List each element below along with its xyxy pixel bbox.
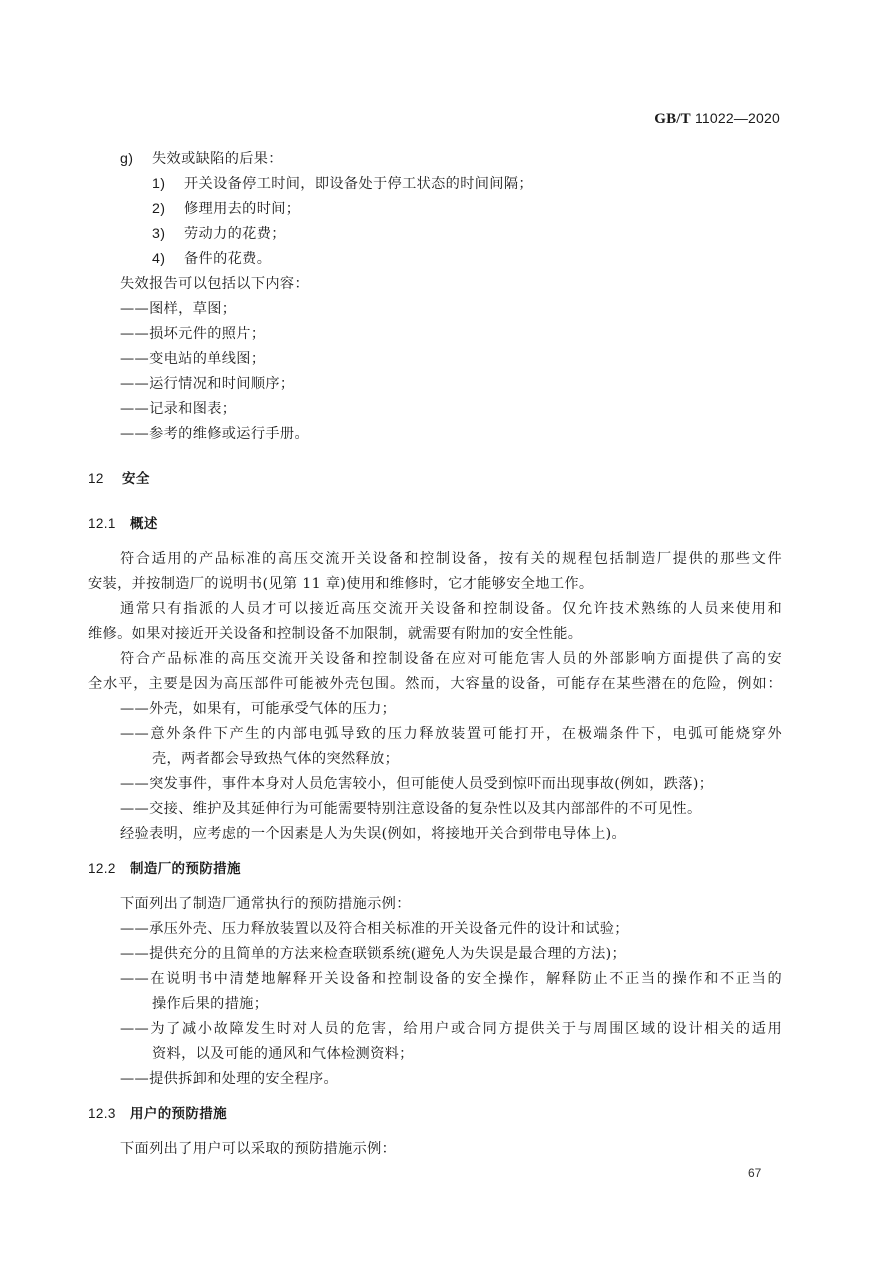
failure-report-intro: 失效报告可以包括以下内容： (120, 275, 309, 293)
measure-item: ——承压外壳、压力释放装置以及符合相关标准的开关设备元件的设计和试验； (120, 920, 629, 938)
list-marker: 3) (152, 225, 184, 243)
section-heading-12: 12安全 (88, 470, 150, 488)
page-number: 67 (748, 1166, 761, 1180)
hazard-item: ——意外条件下产生的内部电弧导致的压力释放装置可能打开，在极端条件下，电弧可能烧… (120, 725, 782, 743)
failure-report-item: ——变电站的单线图； (120, 350, 265, 368)
hazard-item-continued: 壳，两者都会导致热气体的突然释放； (152, 750, 399, 768)
failure-report-item: ——运行情况和时间顺序； (120, 375, 294, 393)
section-heading-12-2: 12.2制造厂的预防措施 (88, 860, 241, 878)
section-number: 12 (88, 470, 122, 488)
list-text: 开关设备停工时间，即设备处于停工状态的时间间隔； (184, 176, 533, 192)
text: 符合产品标准的高压交流开关设备和控制设备在应对可能危害人员的外部影响方面提供了高… (120, 650, 782, 668)
list-text: 失效或缺陷的后果： (152, 151, 283, 167)
text: ——在说明书中清楚地解释开关设备和控制设备的安全操作，解释防止不正当的操作和不正… (120, 970, 782, 988)
section-heading-12-1: 12.1概述 (88, 515, 158, 533)
measure-item: ——提供拆卸和处理的安全程序。 (120, 1070, 338, 1088)
standard-header: GB/T 11022—2020 (654, 110, 780, 128)
section-number: 12.3 (88, 1105, 130, 1123)
list-marker: 2) (152, 200, 184, 218)
failure-report-item: ——参考的维修或运行手册。 (120, 425, 309, 443)
text: 全水平，主要是因为高压部件可能被外壳包围。然而，大容量的设备，可能存在某些潜在的… (88, 675, 782, 693)
list-text: 修理用去的时间； (184, 201, 300, 217)
measure-item: ——在说明书中清楚地解释开关设备和控制设备的安全操作，解释防止不正当的操作和不正… (120, 970, 782, 988)
section-title: 安全 (122, 471, 150, 487)
standard-number: 11022—2020 (695, 110, 780, 126)
section-title: 用户的预防措施 (130, 1106, 227, 1122)
measure-item-continued: 操作后果的措施； (152, 995, 268, 1013)
standard-prefix: GB/T (654, 111, 691, 127)
paragraph-line: 全水平，主要是因为高压部件可能被外壳包围。然而，大容量的设备，可能存在某些潜在的… (88, 675, 782, 693)
paragraph-line: 符合产品标准的高压交流开关设备和控制设备在应对可能危害人员的外部影响方面提供了高… (120, 650, 782, 668)
conclusion-text: 经验表明，应考虑的一个因素是人为失误(例如，将接地开关合到带电导体上)。 (120, 825, 626, 843)
failure-report-item: ——图样，草图； (120, 300, 236, 318)
list-text: 备件的花费。 (184, 251, 271, 267)
failure-report-item: ——记录和图表； (120, 400, 236, 418)
failure-report-item: ——损坏元件的照片； (120, 325, 265, 343)
list-text: 劳动力的花费； (184, 226, 286, 242)
measure-item: ——提供充分的且简单的方法来检查联锁系统(避免人为失误是最合理的方法)； (120, 945, 626, 963)
document-page: GB/T 11022—2020 g)失效或缺陷的后果： 1)开关设备停工时间，即… (0, 0, 892, 1262)
section-intro: 下面列出了制造厂通常执行的预防措施示例： (120, 895, 411, 913)
hazard-item: ——外壳，如果有，可能承受气体的压力； (120, 700, 396, 718)
paragraph-line: 通常只有指派的人员才可以接近高压交流开关设备和控制设备。仅允许技术熟练的人员来使… (120, 600, 782, 618)
text: ——意外条件下产生的内部电弧导致的压力释放装置可能打开，在极端条件下，电弧可能烧… (120, 725, 782, 743)
list-item-2: 2)修理用去的时间； (152, 200, 300, 218)
list-item-4: 4)备件的花费。 (152, 250, 271, 268)
paragraph-line: 安装，并按制造厂的说明书(见第 11 章)使用和维修时，它才能够安全地工作。 (88, 575, 782, 593)
list-item-1: 1)开关设备停工时间，即设备处于停工状态的时间间隔； (152, 175, 533, 193)
list-marker: 1) (152, 175, 184, 193)
measure-item: ——为了减小故障发生时对人员的危害，给用户或合同方提供关于与周围区域的设计相关的… (120, 1020, 782, 1038)
section-number: 12.1 (88, 515, 130, 533)
text: 符合适用的产品标准的高压交流开关设备和控制设备，按有关的规程包括制造厂提供的那些… (120, 550, 782, 568)
measure-item-continued: 资料，以及可能的通风和气体检测资料； (152, 1045, 414, 1063)
list-item-g: g)失效或缺陷的后果： (120, 150, 283, 168)
section-title: 制造厂的预防措施 (130, 861, 241, 877)
text: ——为了减小故障发生时对人员的危害，给用户或合同方提供关于与周围区域的设计相关的… (120, 1020, 782, 1038)
section-intro: 下面列出了用户可以采取的预防措施示例： (120, 1140, 396, 1158)
section-title: 概述 (130, 516, 158, 532)
section-number: 12.2 (88, 860, 130, 878)
list-item-3: 3)劳动力的花费； (152, 225, 286, 243)
paragraph-line: 符合适用的产品标准的高压交流开关设备和控制设备，按有关的规程包括制造厂提供的那些… (120, 550, 782, 568)
text: 通常只有指派的人员才可以接近高压交流开关设备和控制设备。仅允许技术熟练的人员来使… (120, 600, 782, 618)
paragraph-line: 维修。如果对接近开关设备和控制设备不加限制，就需要有附加的安全性能。 (88, 625, 782, 643)
section-heading-12-3: 12.3用户的预防措施 (88, 1105, 227, 1123)
list-marker: g) (120, 150, 152, 168)
hazard-item: ——突发事件，事件本身对人员危害较小，但可能使人员受到惊吓而出现事故(例如，跌落… (120, 775, 713, 793)
list-marker: 4) (152, 250, 184, 268)
hazard-item: ——交接、维护及其延伸行为可能需要特别注意设备的复杂性以及其内部部件的不可见性。 (120, 800, 702, 818)
